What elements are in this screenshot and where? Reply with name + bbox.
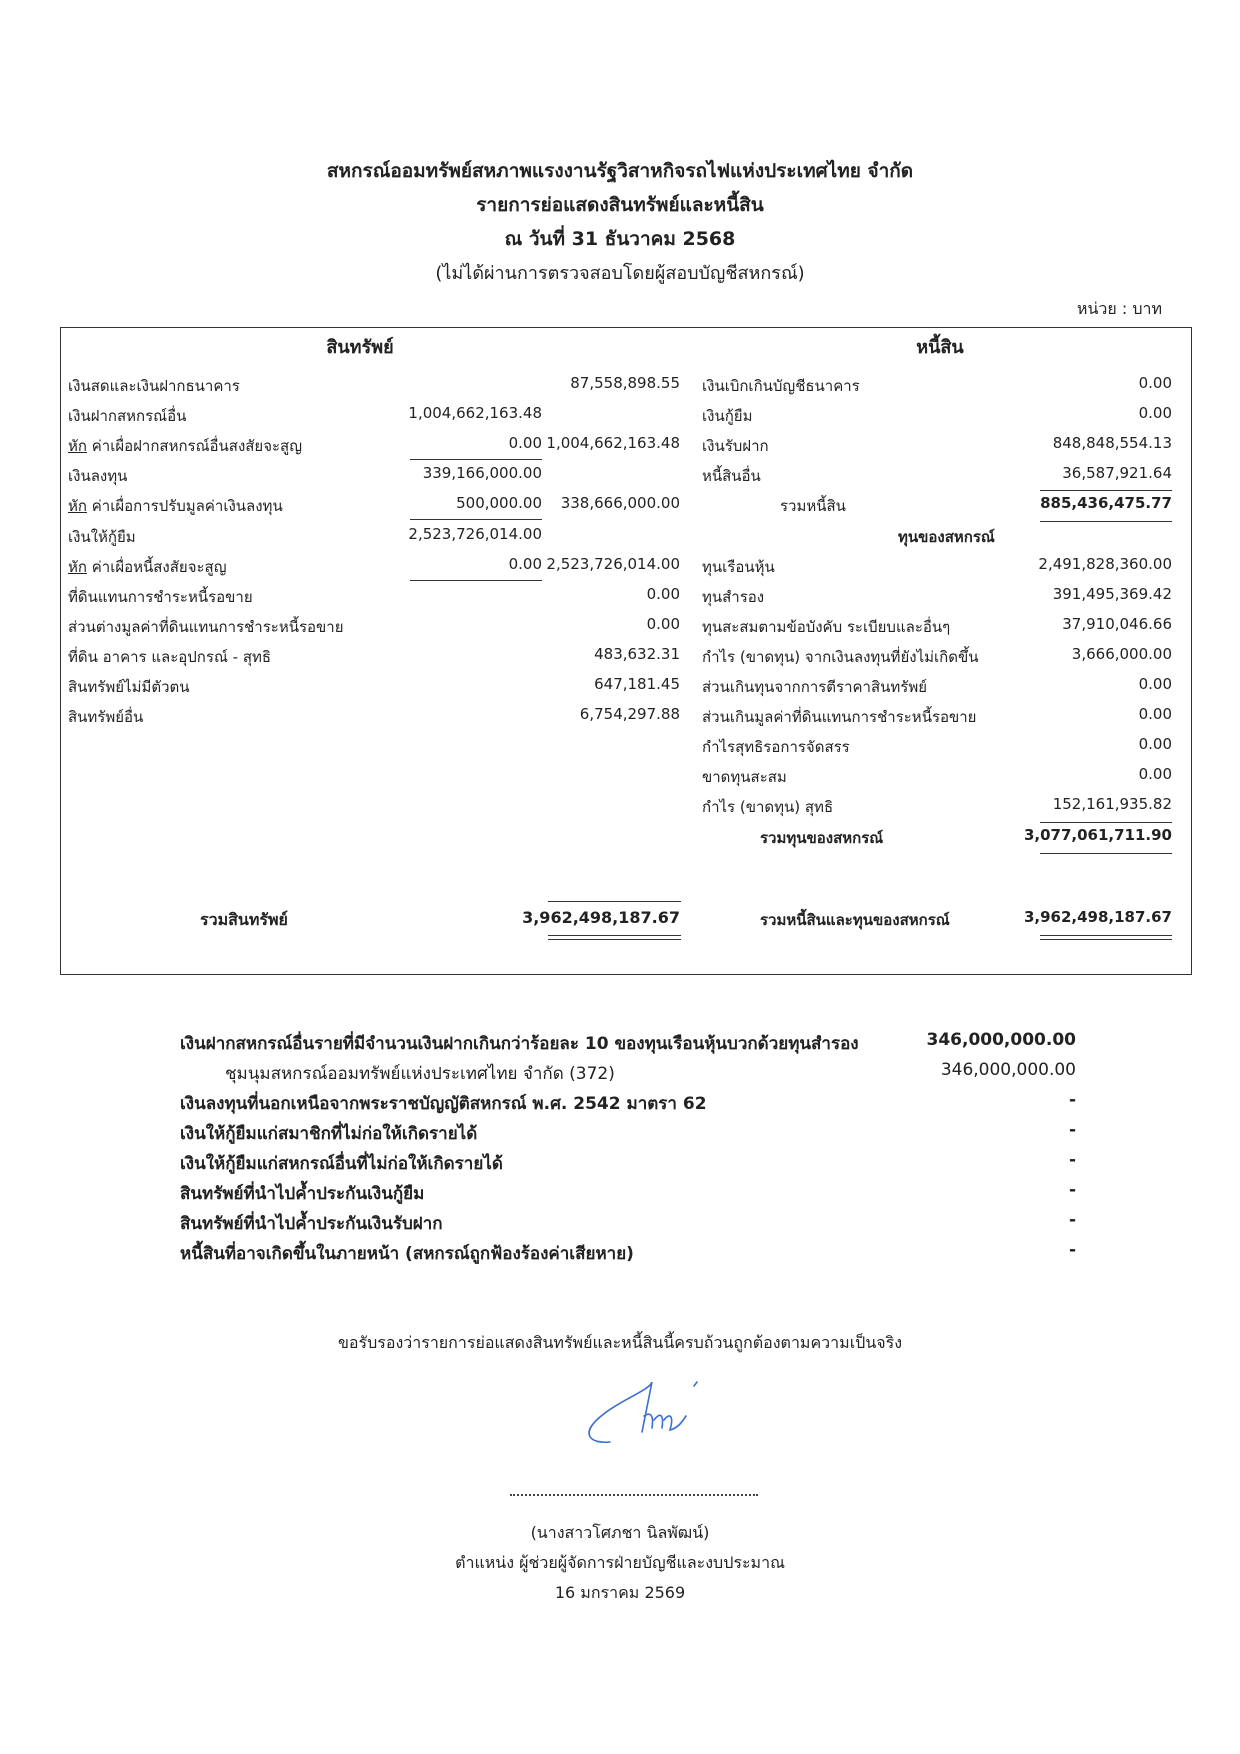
deduct-prefix: หัก [68,497,87,515]
asset-row-label: สินทรัพย์อื่น [68,705,143,729]
liabilities-total-rule [1040,490,1172,491]
liability-row-label: เงินรับฝาก [702,434,769,458]
liability-value: 0.00 [1000,404,1172,422]
asset-row-label: หัก ค่าเผื่อการปรับมูลค่าเงินลงทุน [68,494,283,518]
asset-label-text: เงินสดและเงินฝากธนาคาร [68,377,240,395]
subtotal-rule [410,519,542,520]
signed-date: 16 มกราคม 2569 [0,1581,1240,1606]
total-liabilities-label: รวมหนี้สิน [780,494,846,518]
asset-value: 2,523,726,014.00 [520,555,680,573]
asset-value: 6,754,297.88 [520,705,680,723]
equity-value: 3,666,000.00 [1000,645,1172,663]
signer-name: (นางสาวโศภชา นิลพัฒน์) [0,1521,1240,1546]
liability-value: 0.00 [1000,374,1172,392]
note-value: 346,000,000.00 [880,1030,1076,1050]
asset-label-text: ส่วนต่างมูลค่าที่ดินแทนการชำระหนี้รอขาย [68,618,344,636]
liability-row-label: เงินเบิกเกินบัญชีธนาคาร [702,374,860,398]
liabilities-total-underline [1040,521,1172,522]
asset-label-text: สินทรัพย์อื่น [68,708,143,726]
equity-row-label: กำไร (ขาดทุน) สุทธิ [702,795,833,819]
note-label: เงินให้กู้ยืมแก่สมาชิกที่ไม่ก่อให้เกิดรา… [180,1120,477,1147]
note-value: - [880,1150,1076,1170]
asset-row-label: หัก ค่าเผื่อฝากสหกรณ์อื่นสงสัยจะสูญ [68,434,302,458]
liability-row-label: หนี้สินอื่น [702,464,761,488]
liability-value: 36,587,921.64 [1000,464,1172,482]
note-label: สินทรัพย์ที่นำไปค้ำประกันเงินรับฝาก [180,1210,443,1237]
note-value: - [880,1180,1076,1200]
equity-value: 152,161,935.82 [1000,795,1172,813]
asset-subtotal-value: 339,166,000.00 [380,464,542,482]
asset-label-text: เงินลงทุน [68,467,127,485]
equity-value: 391,495,369.42 [1000,585,1172,603]
total-liabilities-value: 885,436,475.77 [1000,494,1172,512]
liabilities-heading: หนี้สิน [690,332,1190,361]
total-assets-label: รวมสินทรัพย์ [200,908,288,933]
asset-row-label: ที่ดินแทนการชำระหนี้รอขาย [68,585,253,609]
note-value: - [880,1090,1076,1110]
asset-subtotal-value: 1,004,662,163.48 [380,404,542,422]
asset-row-label: ส่วนต่างมูลค่าที่ดินแทนการชำระหนี้รอขาย [68,615,344,639]
signer-position: ตำแหน่ง ผู้ช่วยผู้จัดการฝ่ายบัญชีและงบปร… [0,1551,1240,1576]
asset-value: 338,666,000.00 [520,494,680,512]
liability-value: 848,848,554.13 [1000,434,1172,452]
report-date: ณ วันที่ 31 ธันวาคม 2568 [0,224,1240,254]
report-title: รายการย่อแสดงสินทรัพย์และหนี้สิน [0,190,1240,220]
asset-row-label: ที่ดิน อาคาร และอุปกรณ์ - สุทธิ [68,645,271,669]
grand-total-value: 3,962,498,187.67 [1000,908,1172,926]
total-assets-value: 3,962,498,187.67 [520,908,680,927]
equity-row-label: ส่วนเกินทุนจากการตีราคาสินทรัพย์ [702,675,927,699]
asset-row-label: เงินสดและเงินฝากธนาคาร [68,374,240,398]
audit-note: (ไม่ได้ผ่านการตรวจสอบโดยผู้สอบบัญชีสหกรณ… [0,258,1240,287]
signature-image [570,1372,710,1448]
equity-row-label: ทุนสำรอง [702,585,764,609]
note-label: ชุมนุมสหกรณ์ออมทรัพย์แห่งประเทศไทย จำกัด… [225,1060,615,1087]
equity-value: 0.00 [1000,675,1172,693]
organization-name: สหกรณ์ออมทรัพย์สหภาพแรงงานรัฐวิสาหกิจรถไ… [0,156,1240,186]
asset-value: 0.00 [520,585,680,603]
equity-value: 37,910,046.66 [1000,615,1172,633]
equity-value: 0.00 [1000,705,1172,723]
asset-subtotal-value: 2,523,726,014.00 [380,525,542,543]
deduct-prefix: หัก [68,558,87,576]
asset-label-text: ค่าเผื่อการปรับมูลค่าเงินลงทุน [87,497,283,515]
asset-label-text: ค่าเผื่อหนี้สงสัยจะสูญ [87,558,227,576]
asset-value: 483,632.31 [520,645,680,663]
asset-label-text: เงินฝากสหกรณ์อื่น [68,407,186,425]
equity-row-label: ขาดทุนสะสม [702,765,787,789]
note-label: เงินลงทุนที่นอกเหนือจากพระราชบัญญัติสหกร… [180,1090,707,1117]
grand-total-double-rule [1040,935,1172,940]
liability-row-label: เงินกู้ยืม [702,404,752,428]
note-value: - [880,1240,1076,1260]
asset-label-text: ที่ดินแทนการชำระหนี้รอขาย [68,588,253,606]
asset-row-label: เงินฝากสหกรณ์อื่น [68,404,186,428]
grand-total-rule [1040,853,1172,854]
asset-value: 1,004,662,163.48 [520,434,680,452]
assets-heading: สินทรัพย์ [60,332,660,361]
asset-row-label: สินทรัพย์ไม่มีตัวตน [68,675,190,699]
note-label: หนี้สินที่อาจเกิดขึ้นในภายหน้า (สหกรณ์ถู… [180,1240,634,1267]
asset-value: 647,181.45 [520,675,680,693]
note-label: เงินให้กู้ยืมแก่สหกรณ์อื่นที่ไม่ก่อให้เก… [180,1150,503,1177]
equity-heading: ทุนของสหกรณ์ [898,525,995,549]
asset-row-label: หัก ค่าเผื่อหนี้สงสัยจะสูญ [68,555,226,579]
asset-row-label: เงินให้กู้ยืม [68,525,136,549]
note-value: - [880,1120,1076,1140]
subtotal-rule [410,459,542,460]
note-label: สินทรัพย์ที่นำไปค้ำประกันเงินกู้ยืม [180,1180,424,1207]
note-label: เงินฝากสหกรณ์อื่นรายที่มีจำนวนเงินฝากเกิ… [180,1030,859,1057]
asset-label-text: เงินให้กู้ยืม [68,528,136,546]
asset-label-text: ค่าเผื่อฝากสหกรณ์อื่นสงสัยจะสูญ [87,437,302,455]
note-value: - [880,1210,1076,1230]
certification-statement: ขอรับรองว่ารายการย่อแสดงสินทรัพย์และหนี้… [0,1331,1240,1356]
equity-row-label: ทุนเรือนหุ้น [702,555,775,579]
grand-total-label: รวมหนี้สินและทุนของสหกรณ์ [760,908,950,932]
asset-subtotal-value: 0.00 [380,555,542,573]
equity-row-label: กำไร (ขาดทุน) จากเงินลงทุนที่ยังไม่เกิดข… [702,645,978,669]
total-assets-double-rule [548,935,681,940]
asset-value: 0.00 [520,615,680,633]
equity-total-rule [1040,822,1172,823]
equity-value: 2,491,828,360.00 [1000,555,1172,573]
currency-unit: หน่วย : บาท [1077,297,1162,322]
asset-row-label: เงินลงทุน [68,464,127,488]
note-value: 346,000,000.00 [880,1060,1076,1080]
asset-subtotal-value: 500,000.00 [380,494,542,512]
equity-row-label: ทุนสะสมตามข้อบังคับ ระเบียบและอื่นๆ [702,615,950,639]
total-equity-value: 3,077,061,711.90 [1000,826,1172,844]
subtotal-rule [410,580,542,581]
signature-line [510,1494,758,1496]
equity-value: 0.00 [1000,765,1172,783]
equity-row-label: กำไรสุทธิรอการจัดสรร [702,735,850,759]
asset-subtotal-value: 0.00 [380,434,542,452]
total-equity-label: รวมทุนของสหกรณ์ [760,826,883,850]
asset-label-text: สินทรัพย์ไม่มีตัวตน [68,678,190,696]
equity-value: 0.00 [1000,735,1172,753]
asset-value: 87,558,898.55 [520,374,680,392]
deduct-prefix: หัก [68,437,87,455]
total-assets-rule-top [548,901,681,902]
equity-row-label: ส่วนเกินมูลค่าที่ดินแทนการชำระหนี้รอขาย [702,705,976,729]
asset-label-text: ที่ดิน อาคาร และอุปกรณ์ - สุทธิ [68,648,271,666]
